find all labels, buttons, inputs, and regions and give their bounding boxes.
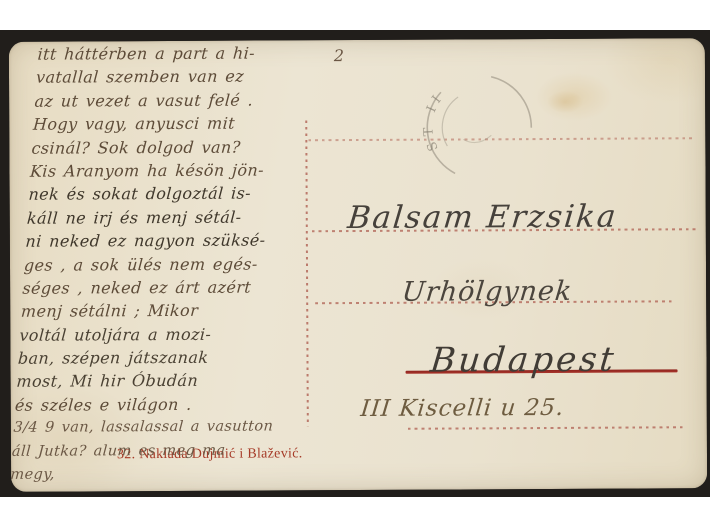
message-line: ges , a sok ülés nem egés- bbox=[23, 252, 321, 277]
postmark-text: ST II bbox=[421, 89, 448, 153]
address-rule-street bbox=[408, 426, 684, 429]
message-line: most, Mi hir Óbudán bbox=[16, 369, 314, 394]
message-line: voltál utoljára a mozi- bbox=[19, 322, 317, 347]
message-line: káll ne irj és menj sétál- bbox=[26, 205, 324, 230]
message-line: séges , neked ez árt azért bbox=[22, 275, 320, 300]
message-line: vatallal szemben van ez bbox=[35, 65, 333, 90]
message-line: az ut vezet a vasut felé . bbox=[34, 88, 332, 113]
message-line: csinál? Sok dolgod van? bbox=[31, 135, 329, 160]
message-line: Hogy vagy, anyusci mit bbox=[32, 111, 330, 136]
svg-text:ST II: ST II bbox=[421, 89, 448, 153]
message-line: ban, szépen játszanak bbox=[17, 345, 315, 370]
message-line: itt háttérben a part a hi- bbox=[37, 41, 335, 66]
message-line: Kis Aranyom ha késön jön- bbox=[29, 158, 327, 183]
postmark-stamp: ST II bbox=[417, 69, 536, 188]
addressee-honorific: Urhölgynek bbox=[401, 276, 574, 308]
message-line: menj sétálni ; Mikor bbox=[20, 299, 318, 324]
message-text: itt háttérben a part a hi- vatallal szem… bbox=[10, 41, 335, 487]
postcard-scan: itt háttérben a part a hi- vatallal szem… bbox=[0, 0, 710, 530]
page-number: 2 bbox=[334, 46, 344, 65]
message-line: áll Jutka? alum es meg ma bbox=[11, 439, 309, 464]
message-line: megy, bbox=[10, 462, 308, 487]
message-line: nek és sokat dolgoztál is- bbox=[28, 182, 326, 207]
addressee-street: III Kiscelli u 25. bbox=[359, 395, 565, 422]
addressee-city: Budapest bbox=[429, 340, 619, 381]
addressee-name: Balsam Erzsika bbox=[346, 199, 619, 236]
message-line: és széles e világon . bbox=[14, 392, 312, 417]
message-line: 3/4 9 van, lassalassal a vasutton bbox=[13, 416, 311, 441]
postcard: itt háttérben a part a hi- vatallal szem… bbox=[9, 38, 707, 492]
message-line: ni neked ez nagyon szüksé- bbox=[25, 228, 323, 253]
